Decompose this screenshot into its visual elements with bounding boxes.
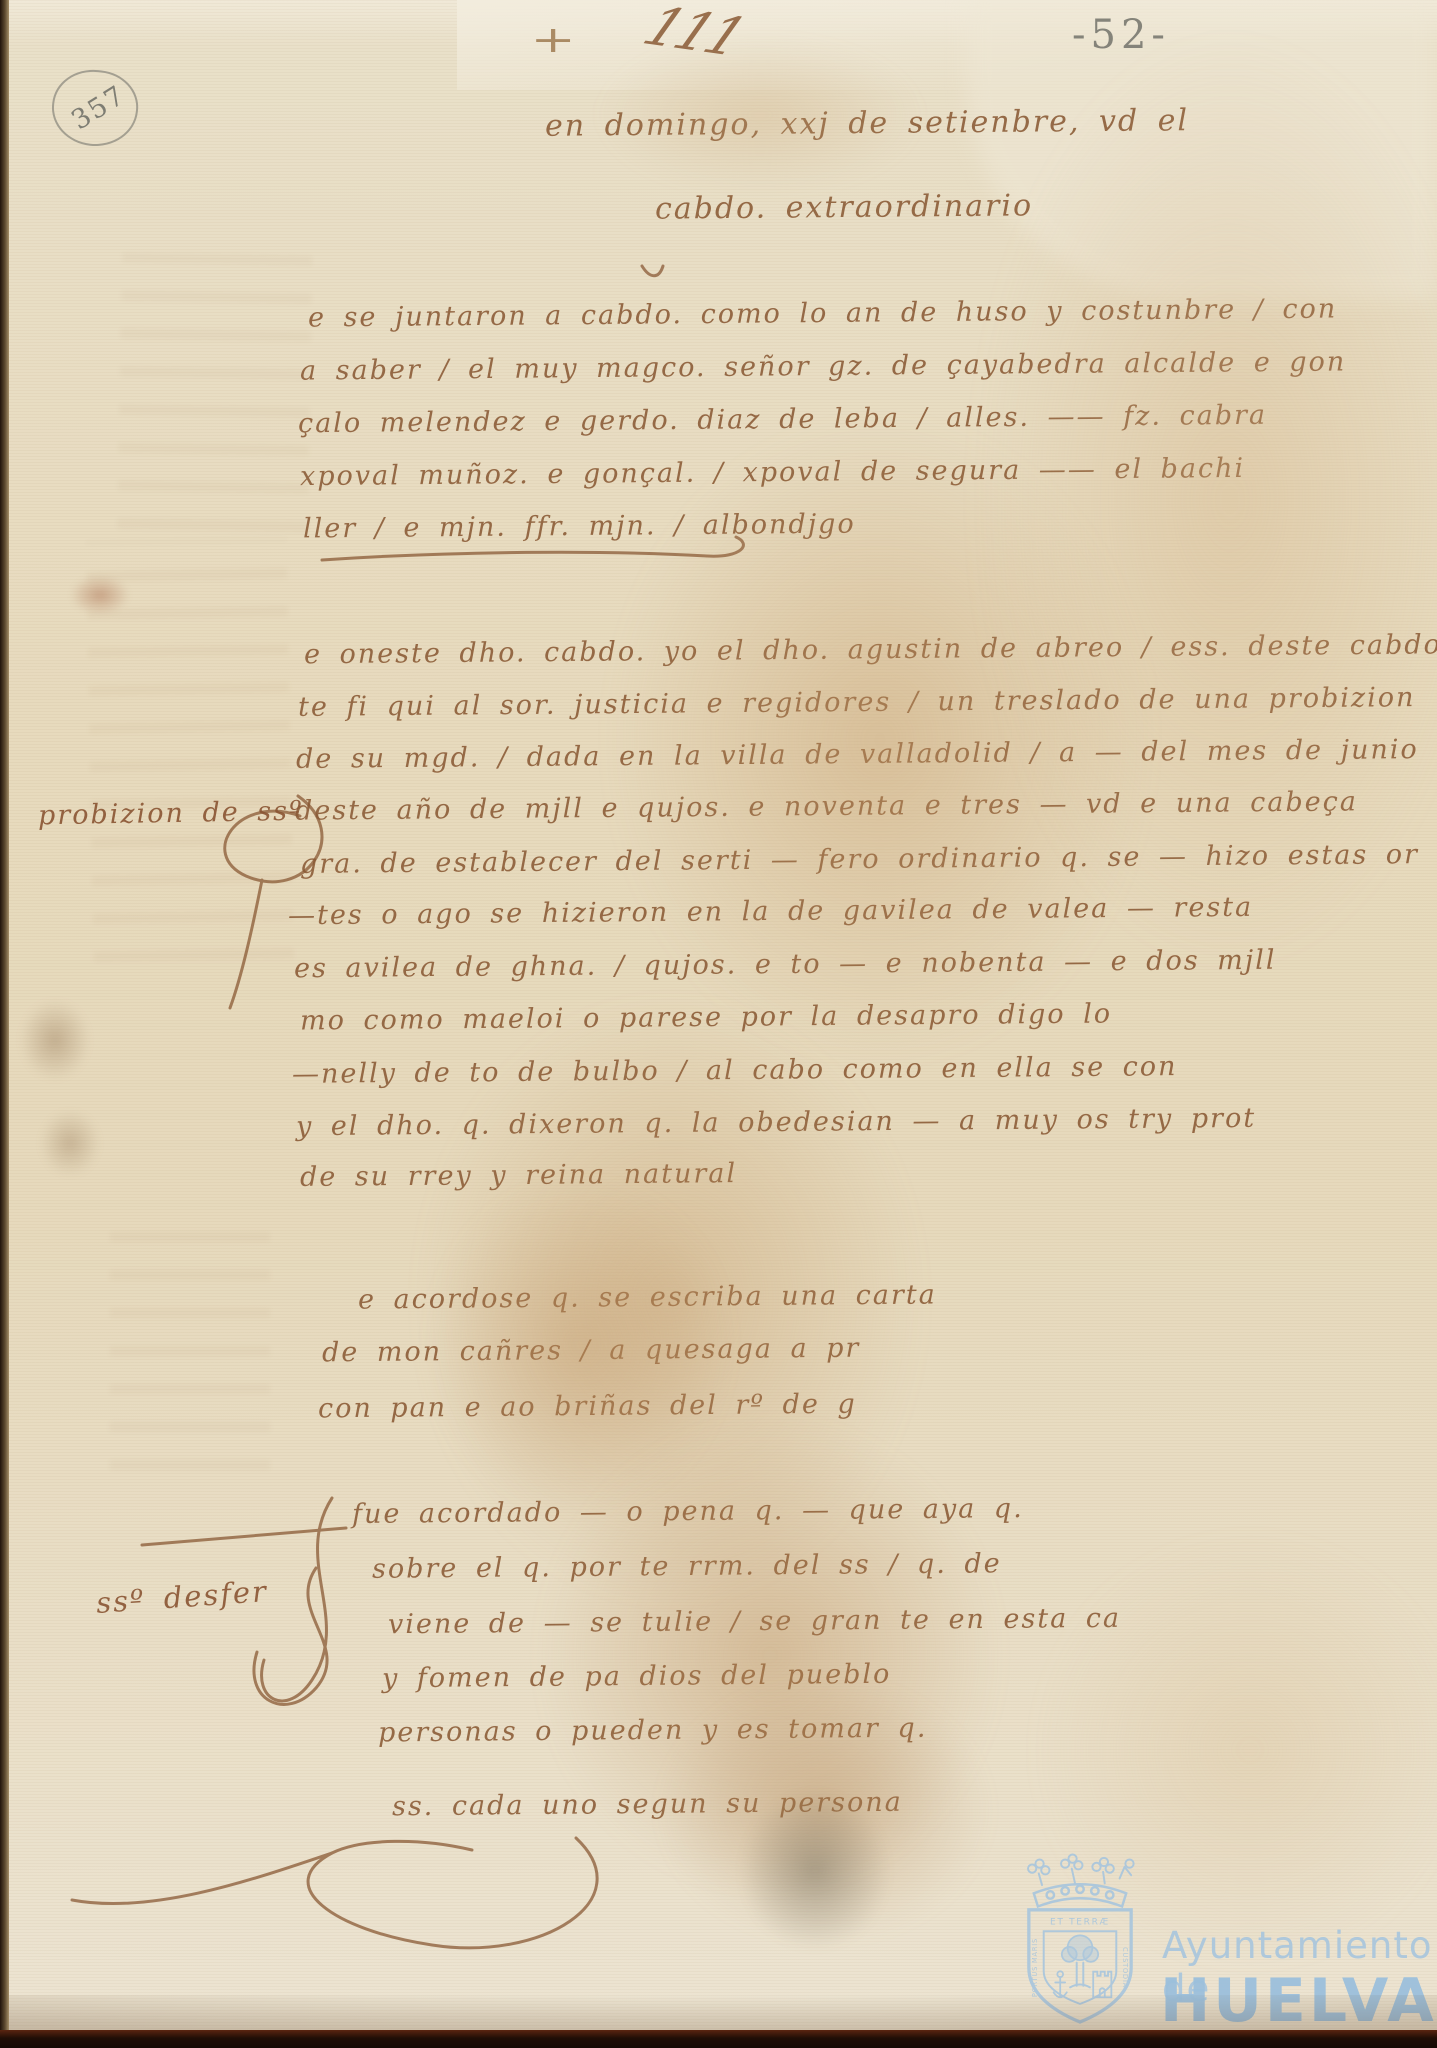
heading-date-line: en domingo, xxj de setienbre, vd el [545, 103, 1189, 144]
margin-note-provision: probizion de ssº [38, 796, 304, 832]
manuscript-line: y fomen de pa dios del pueblo [382, 1659, 892, 1694]
page-bottom-shadow [0, 1995, 1437, 2035]
manuscript-line: personas o pueden y es tomar q. [378, 1713, 928, 1749]
heading-session-line: cabdo. extraordinario [655, 188, 1033, 226]
manuscript-line: con pan e ao briñas del rº de g [318, 1389, 857, 1425]
manuscript-line: de su rrey y reina natural [300, 1158, 737, 1193]
scan-background-edge [0, 2030, 1437, 2048]
crest-motto-top: ET TERRÆ [1050, 1918, 1110, 1928]
manuscript-line: e acordose q. se escriba una carta [358, 1279, 937, 1315]
manuscript-line: de mon cañres / a quesaga a pr [322, 1333, 861, 1369]
manuscript-line: ller / e mjn. ffr. mjn. / albondjgo [303, 509, 856, 545]
manuscript-line: ss. cada uno segun su persona [392, 1787, 903, 1822]
archive-stamp-number: 357 [66, 80, 131, 137]
crest-motto-left: PORTUS MARIS [1031, 1938, 1039, 1997]
cross-mark: + [530, 20, 575, 61]
binding-edge [0, 0, 9, 2048]
scanned-manuscript-page: + 111 -52- 357 en domingo, xxj de setien… [0, 0, 1437, 2048]
folio-number-pencil: -52- [1072, 12, 1170, 58]
manuscript-line: sobre el q. por te rrm. del ss / q. de [372, 1548, 1002, 1584]
crest-motto-right: CUSTODIA [1121, 1947, 1129, 1988]
manuscript-line: fue acordado — o pena q. — que aya q. [352, 1493, 1024, 1530]
manuscript-line: viene de — se tulie / se gran te en esta… [388, 1603, 1121, 1640]
